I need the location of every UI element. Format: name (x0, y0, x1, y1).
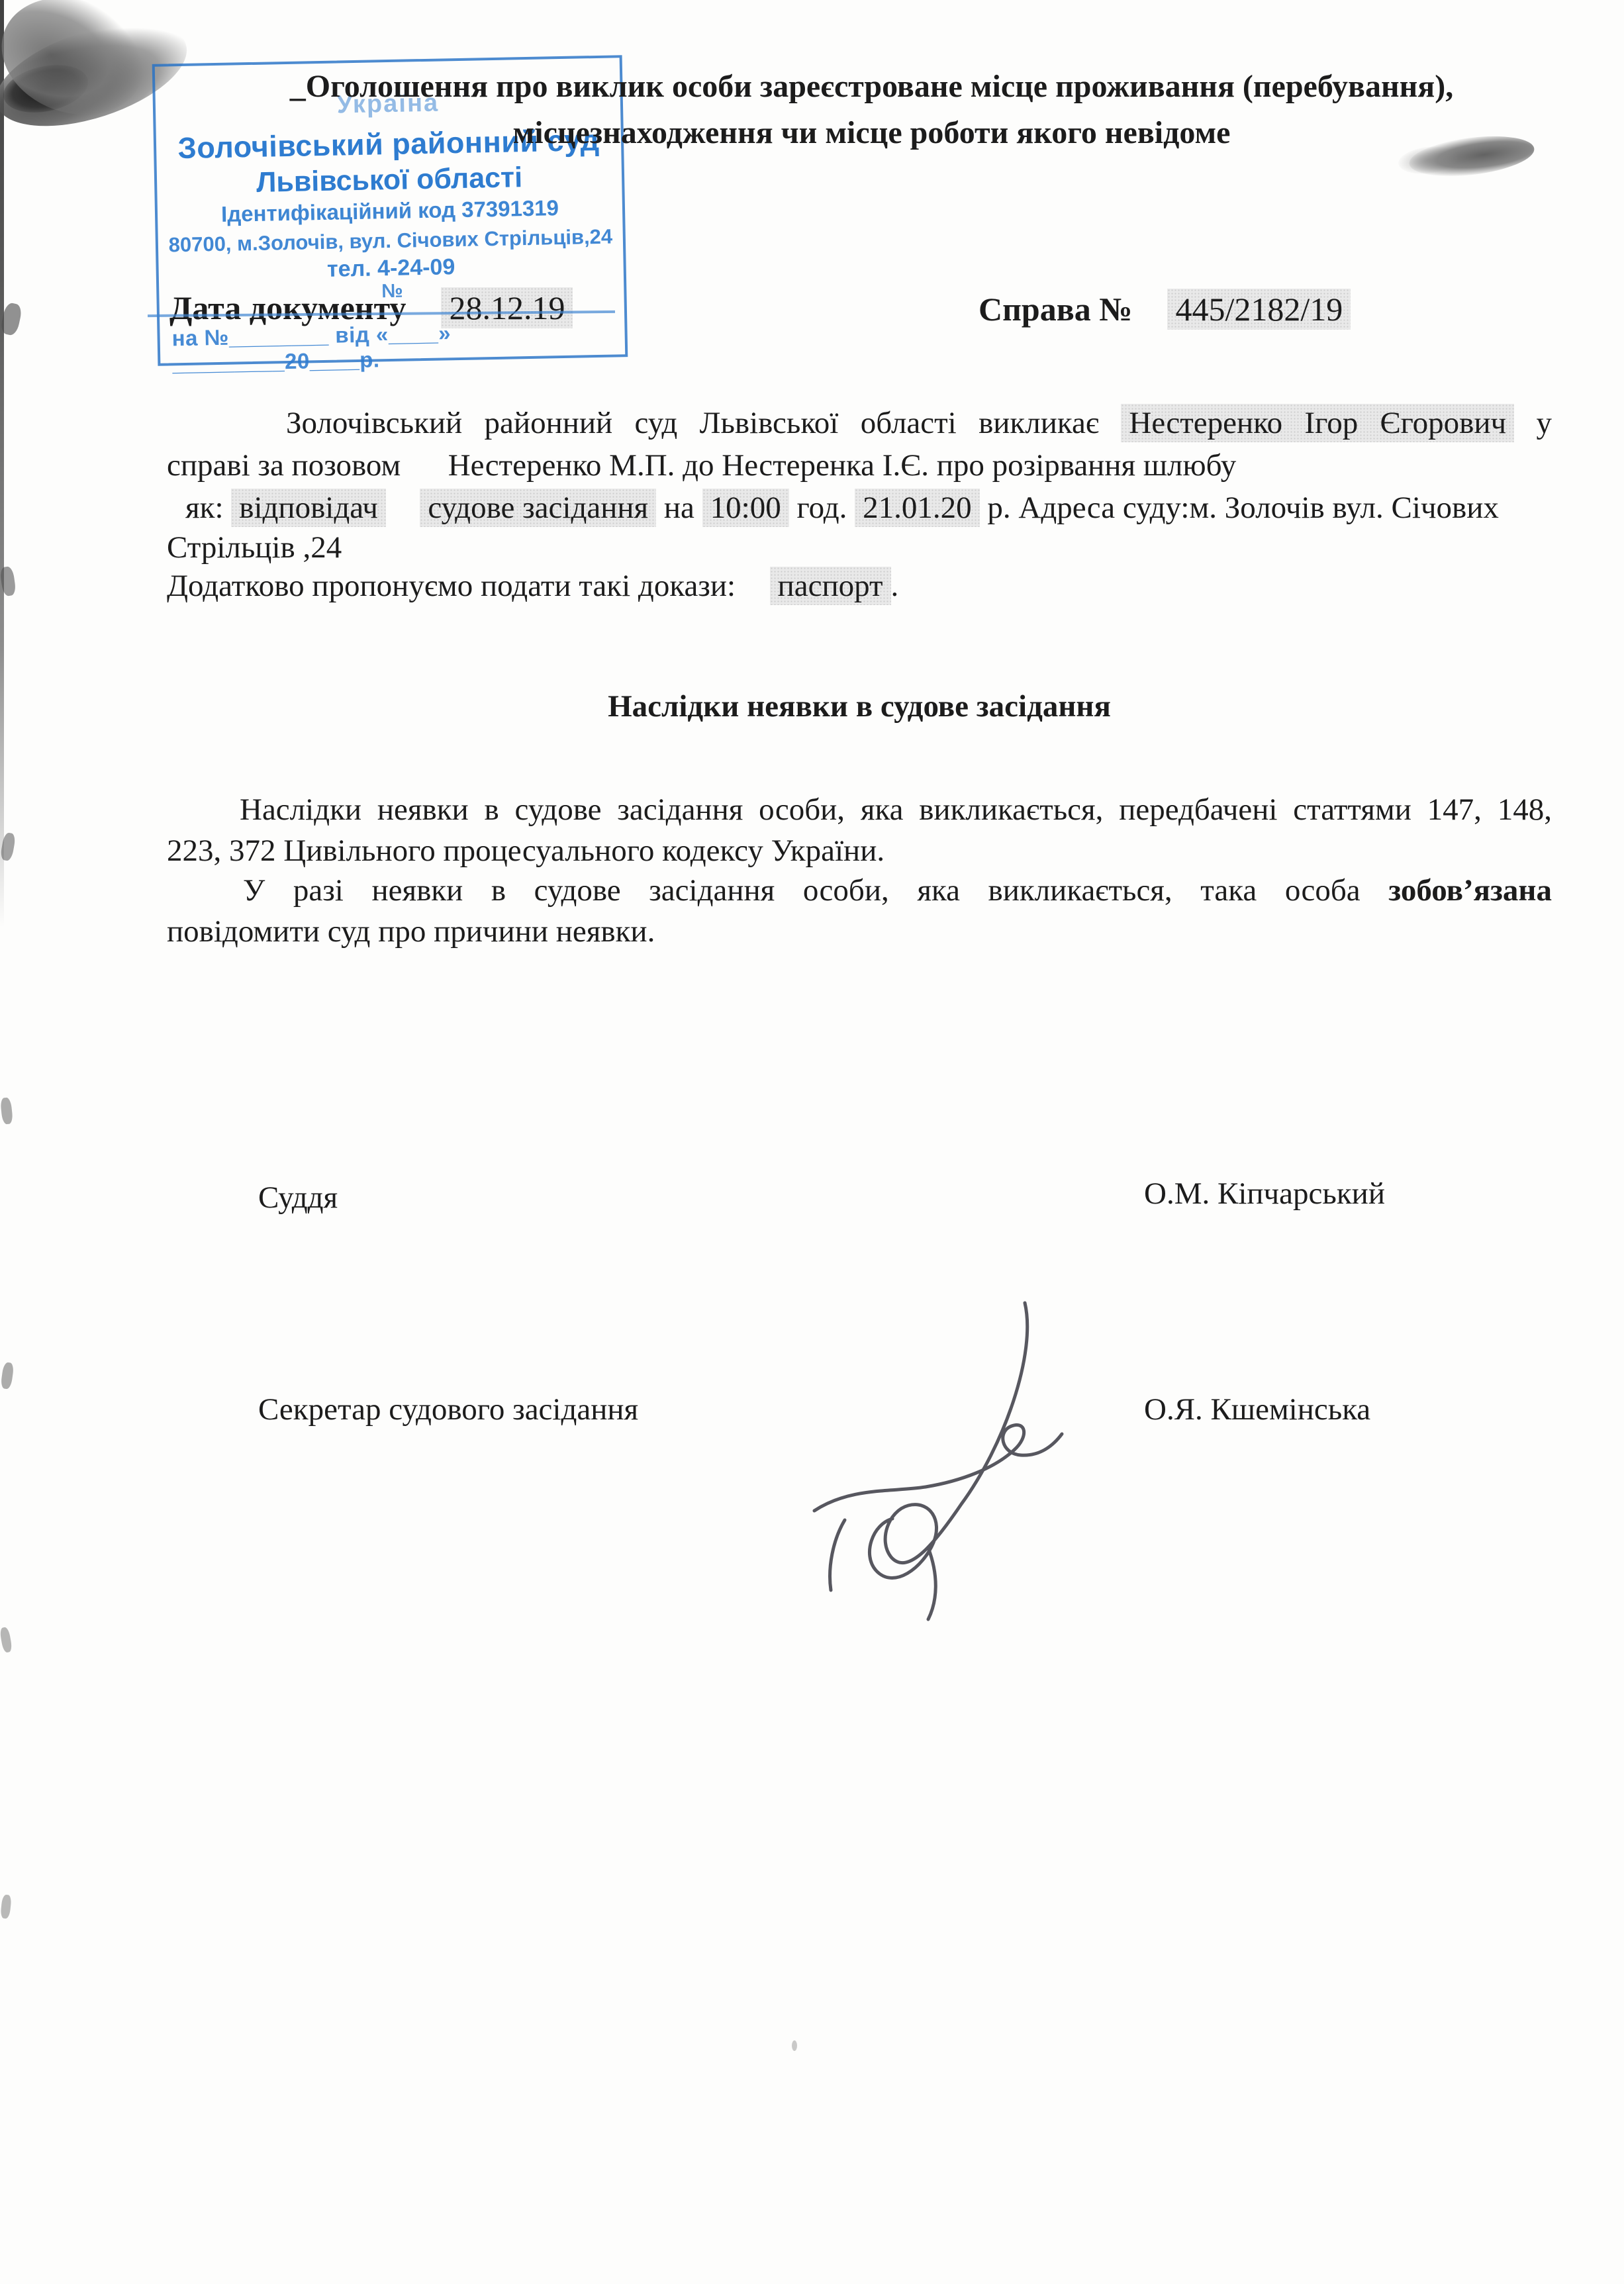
document-title-line1: _Оголошення про виклик особи зареєстрова… (290, 69, 1453, 104)
consequences-text-1: Наслідки неявки в судове засідання особи… (240, 792, 1552, 827)
secretary-name: О.Я. Кшемінська (1144, 1392, 1370, 1427)
body-line: Наслідки неявки в судове засідання особи… (167, 792, 1552, 828)
summons-text: Золочівський районний суд Львівської обл… (286, 406, 1099, 440)
scan-mark (0, 1627, 13, 1653)
case-value: 445/2182/19 (1167, 289, 1351, 330)
case-intro-text: справі за позовом (167, 448, 401, 483)
obligation-text-2: повідомити суд про причини неявки. (167, 914, 655, 949)
evidence-value: паспорт (770, 567, 891, 605)
defendant-name: Нестеренко Ігор Єгорович (1121, 404, 1514, 442)
obligation-text-1: У разі неявки в судове засідання особи, … (243, 873, 1361, 908)
date-label: Дата документу (169, 289, 406, 326)
handwritten-signature (715, 1291, 1099, 1622)
scanned-court-document: Україна Золочівський районний суд Львівс… (0, 0, 1624, 2284)
scan-speck (792, 2040, 797, 2051)
consequences-text-2: 223, 372 Цивільного процесуального кодек… (167, 833, 884, 868)
case-number-row: Справа № 445/2182/19 (979, 290, 1351, 328)
hour-label: год. (796, 491, 847, 525)
case-parties-text: Нестеренко М.П. до Нестеренка І.Є. про р… (448, 448, 1237, 483)
document-date-row: Дата документу 28.12.19 (169, 289, 573, 327)
body-line: повідомити суд про причини неявки. (167, 914, 1552, 949)
body-line: 223, 372 Цивільного процесуального кодек… (167, 833, 1552, 869)
secretary-label: Секретар судового засідання (258, 1392, 638, 1427)
court-address-text: р. Адреса суду:м. Золочів вул. Січових (987, 491, 1498, 525)
document-title: _Оголошення про виклик особи зареєстрова… (185, 64, 1558, 156)
judge-label: Суддя (258, 1180, 338, 1215)
judge-name: О.М. Кіпчарський (1144, 1176, 1385, 1212)
section-heading: Наслідки неявки в судове засідання (167, 689, 1552, 724)
period: . (891, 569, 899, 603)
evidence-request-text: Додатково пропонуємо подати такі докази: (167, 569, 736, 603)
body-line: справі за позовом Нестеренко М.П. до Нес… (167, 448, 1552, 483)
body-line: Стрільців ,24 (167, 530, 1552, 565)
body-line: У разі неявки в судове засідання особи, … (167, 873, 1552, 908)
obligation-bold-word: зобов’язана (1388, 873, 1552, 908)
hearing-time: 10:00 (702, 489, 789, 527)
scan-mark (0, 1362, 14, 1390)
role-label: як: (185, 491, 224, 525)
date-value: 28.12.19 (441, 287, 573, 328)
hearing-date: 21.01.20 (855, 489, 980, 527)
body-line: Додатково пропонуємо подати такі докази:… (167, 568, 1552, 604)
case-label: Справа № (979, 291, 1132, 328)
scan-edge-line (0, 0, 4, 927)
role-value: відповідач (231, 489, 386, 527)
hearing-type: судове засідання (420, 489, 656, 527)
summons-text-tail: у (1537, 406, 1552, 440)
body-line: як: відповідач судове засідання на 10:00… (167, 490, 1570, 526)
scan-mark (0, 1097, 13, 1124)
document-title-line2: місцезнаходження чи місце роботи якого н… (513, 115, 1231, 150)
scan-mark (0, 1894, 12, 1919)
body-line: Золочівський районний суд Львівської обл… (167, 405, 1552, 441)
court-address-text-2: Стрільців ,24 (167, 530, 342, 565)
preposition: на (664, 491, 694, 525)
